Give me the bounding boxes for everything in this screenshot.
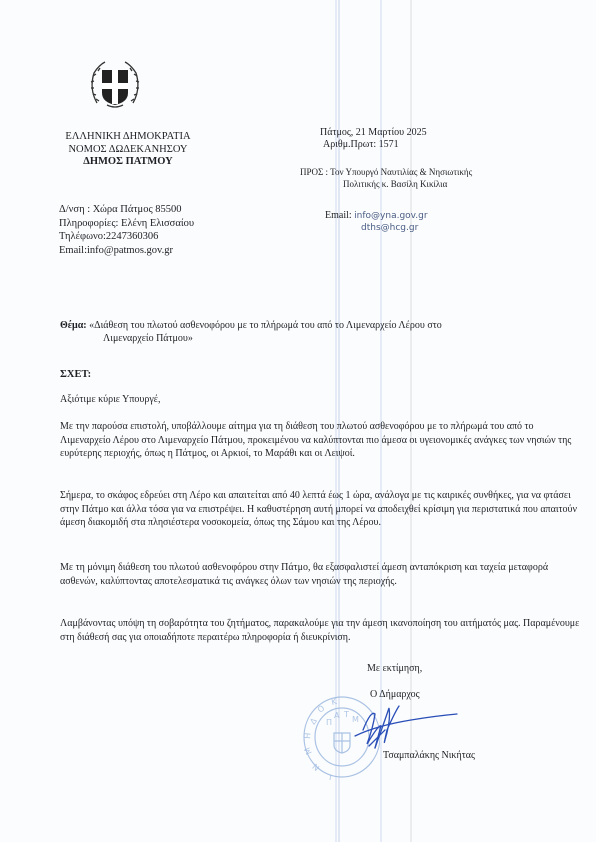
svg-text:Η: Η xyxy=(303,732,312,739)
email: Email:info@patmos.gov.gr xyxy=(59,244,194,258)
body-paragraph: Με τη μόνιμη διάθεση του πλωτού ασθενοφό… xyxy=(60,561,580,588)
svg-text:Μ: Μ xyxy=(303,746,314,756)
phone: Τηλέφωνο:2247360306 xyxy=(59,230,194,244)
svg-text:Α: Α xyxy=(334,711,340,720)
subject-label: Θέμα: xyxy=(60,320,87,331)
contact-person: Πληροφορίες: Ελένη Ελισσαίου xyxy=(59,217,194,231)
municipality-name: ΔΗΜΟΣ ΠΑΤΜΟΥ xyxy=(48,156,208,169)
subject-line-1: «Διάθεση του πλωτού ασθενοφόρου με το πλ… xyxy=(89,320,442,331)
greeting: Αξιότιμε κύριε Υπουργέ, xyxy=(60,394,160,405)
email-link-yna[interactable]: info@yna.gov.gr xyxy=(354,211,427,221)
closing: Με εκτίμηση, xyxy=(367,663,422,674)
date: Πάτμος, 21 Μαρτίου 2025 xyxy=(320,127,427,139)
sender-block: ΕΛΛΗΝΙΚΗ ΔΗΜΟΚΡΑΤΙΑ ΝΟΜΟΣ ΔΩΔΕΚΑΝΗΣΟΥ ΔΗ… xyxy=(48,131,208,169)
date-block: Πάτμος, 21 Μαρτίου 2025 Αριθμ.Πρωτ: 1571 xyxy=(320,127,427,151)
body-paragraph: Σήμερα, το σκάφος εδρεύει στη Λέρο και α… xyxy=(60,489,580,530)
address: Δ/νση : Χώρα Πάτμος 85500 xyxy=(59,203,194,217)
svg-text:Π: Π xyxy=(326,718,332,727)
email-link-hcg[interactable]: dths@hcg.gr xyxy=(325,222,428,234)
country-name: ΕΛΛΗΝΙΚΗ ΔΗΜΟΚΡΑΤΙΑ xyxy=(48,131,208,144)
prefecture-name: ΝΟΜΟΣ ΔΩΔΕΚΑΝΗΣΟΥ xyxy=(48,144,208,157)
signatory-name: Τσαμπαλάκης Νικήτας xyxy=(383,750,475,761)
greek-coat-of-arms-icon xyxy=(85,55,145,115)
svg-text:Ν: Ν xyxy=(311,762,321,773)
recipient-emails: Email: info@yna.gov.gr dths@hcg.gr xyxy=(325,210,428,234)
subject-line-2: Λιμεναρχείο Πάτμου» xyxy=(60,332,580,345)
svg-text:Κ: Κ xyxy=(331,697,339,707)
handwritten-signature-icon xyxy=(345,700,465,755)
recipient-block: ΠΡΟΣ : Τον Υπουργό Ναυτιλίας & Νησιωτική… xyxy=(300,167,472,190)
recipient-line-2: Πολιτικής κ. Βασίλη Κικίλια xyxy=(300,179,472,191)
subject-block: Θέμα: «Διάθεση του πλωτού ασθενοφόρου με… xyxy=(60,319,580,345)
reference-label: ΣΧΕΤ: xyxy=(60,369,91,380)
svg-text:Ι: Ι xyxy=(328,773,332,780)
body-paragraph: Λαμβάνοντας υπόψη τη σοβαρότητα του ζητή… xyxy=(60,617,580,644)
body-paragraph: Με την παρούσα επιστολή, υποβάλλουμε αίτ… xyxy=(60,420,580,461)
email-label: Email: xyxy=(325,210,352,221)
protocol-number: Αριθμ.Πρωτ: 1571 xyxy=(320,139,427,151)
recipient-line-1: ΠΡΟΣ : Τον Υπουργό Ναυτιλίας & Νησιωτική… xyxy=(300,167,472,179)
contact-block: Δ/νση : Χώρα Πάτμος 85500 Πληροφορίες: Ε… xyxy=(59,203,194,257)
svg-text:Ο: Ο xyxy=(316,704,326,715)
